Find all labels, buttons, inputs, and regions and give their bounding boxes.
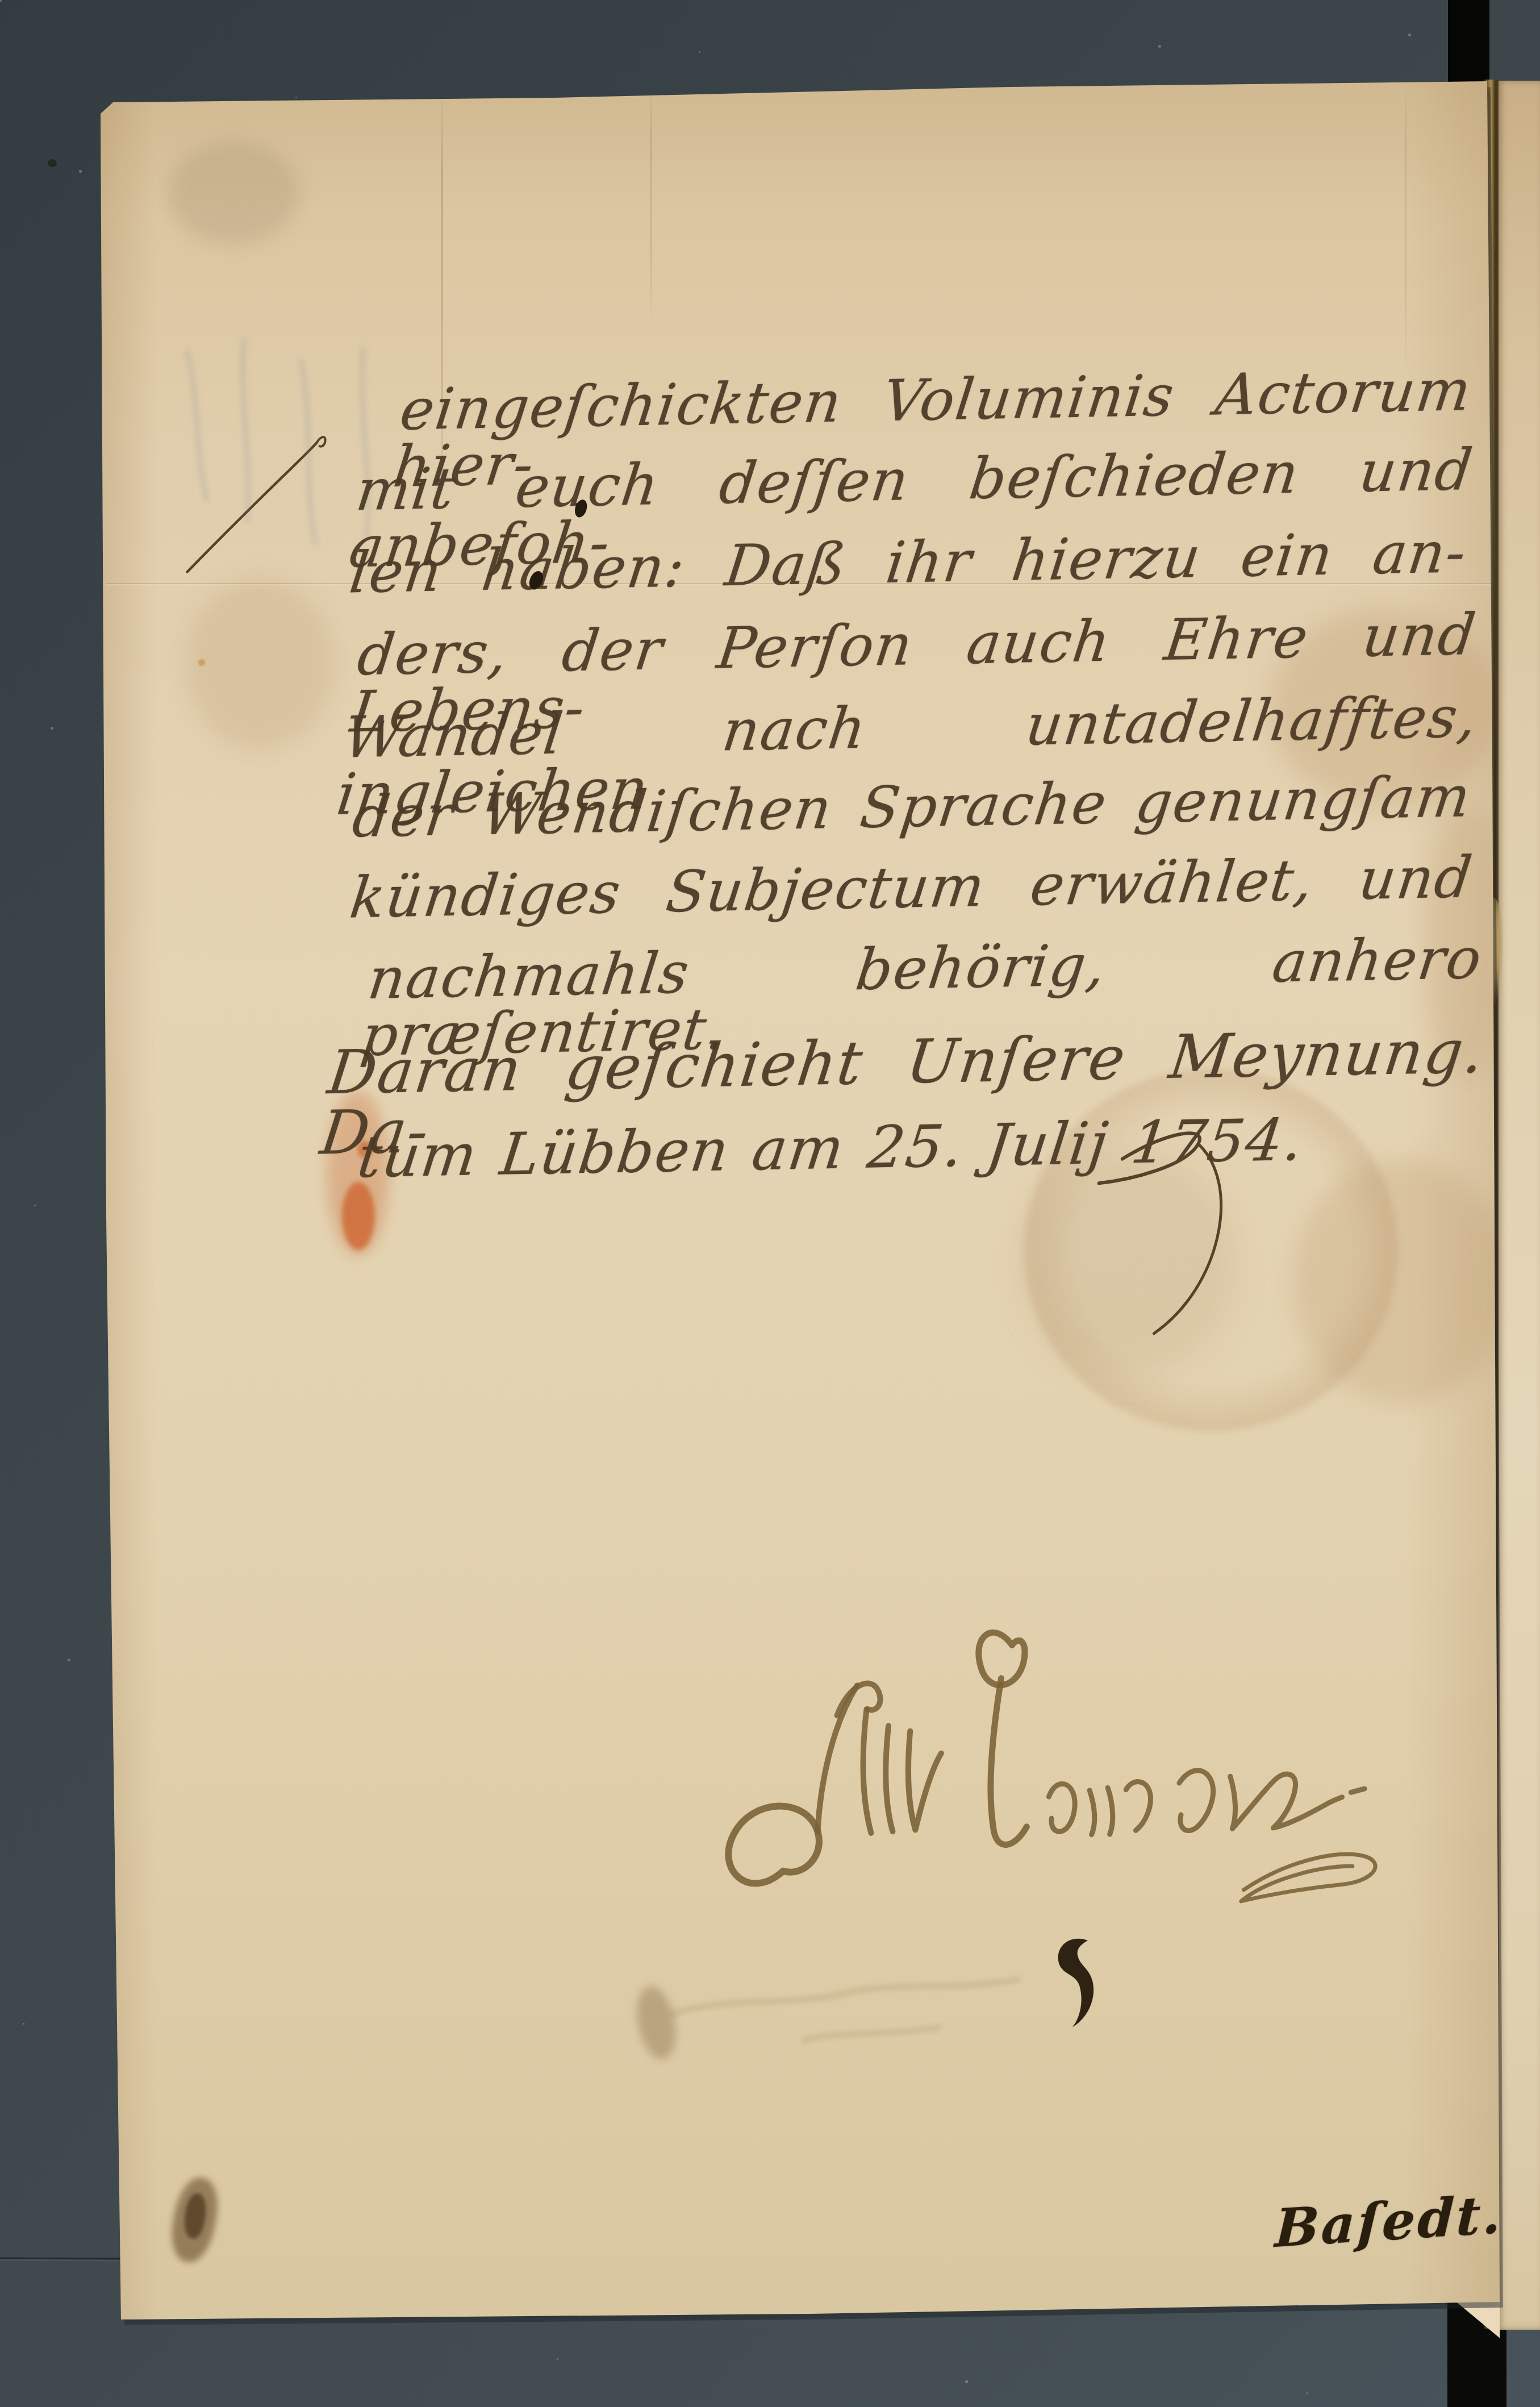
ink-bleedthrough-lower [653,1905,1065,2071]
dust-specks [0,0,2,2]
archive-photo: eingeſchickten Voluminis Actorum hier- m… [0,0,1540,2407]
manuscript-page: eingeſchickten Voluminis Actorum hier- m… [101,80,1503,2321]
manuscript-line: kündiges Subjectum erwählet, und [347,849,1476,926]
main-signature-flourish [693,1603,1409,1934]
adjacent-page-edge [1497,81,1540,2330]
ink-hook-blot [1050,1937,1115,2034]
countersignature: Baſedt. [1274,2188,1505,2255]
date-flourish [1065,1114,1389,1438]
background-speck [48,159,57,167]
black-binding-strip-top [1448,0,1489,85]
ink-layer: eingeſchickten Voluminis Actorum hier- m… [80,67,1523,2334]
